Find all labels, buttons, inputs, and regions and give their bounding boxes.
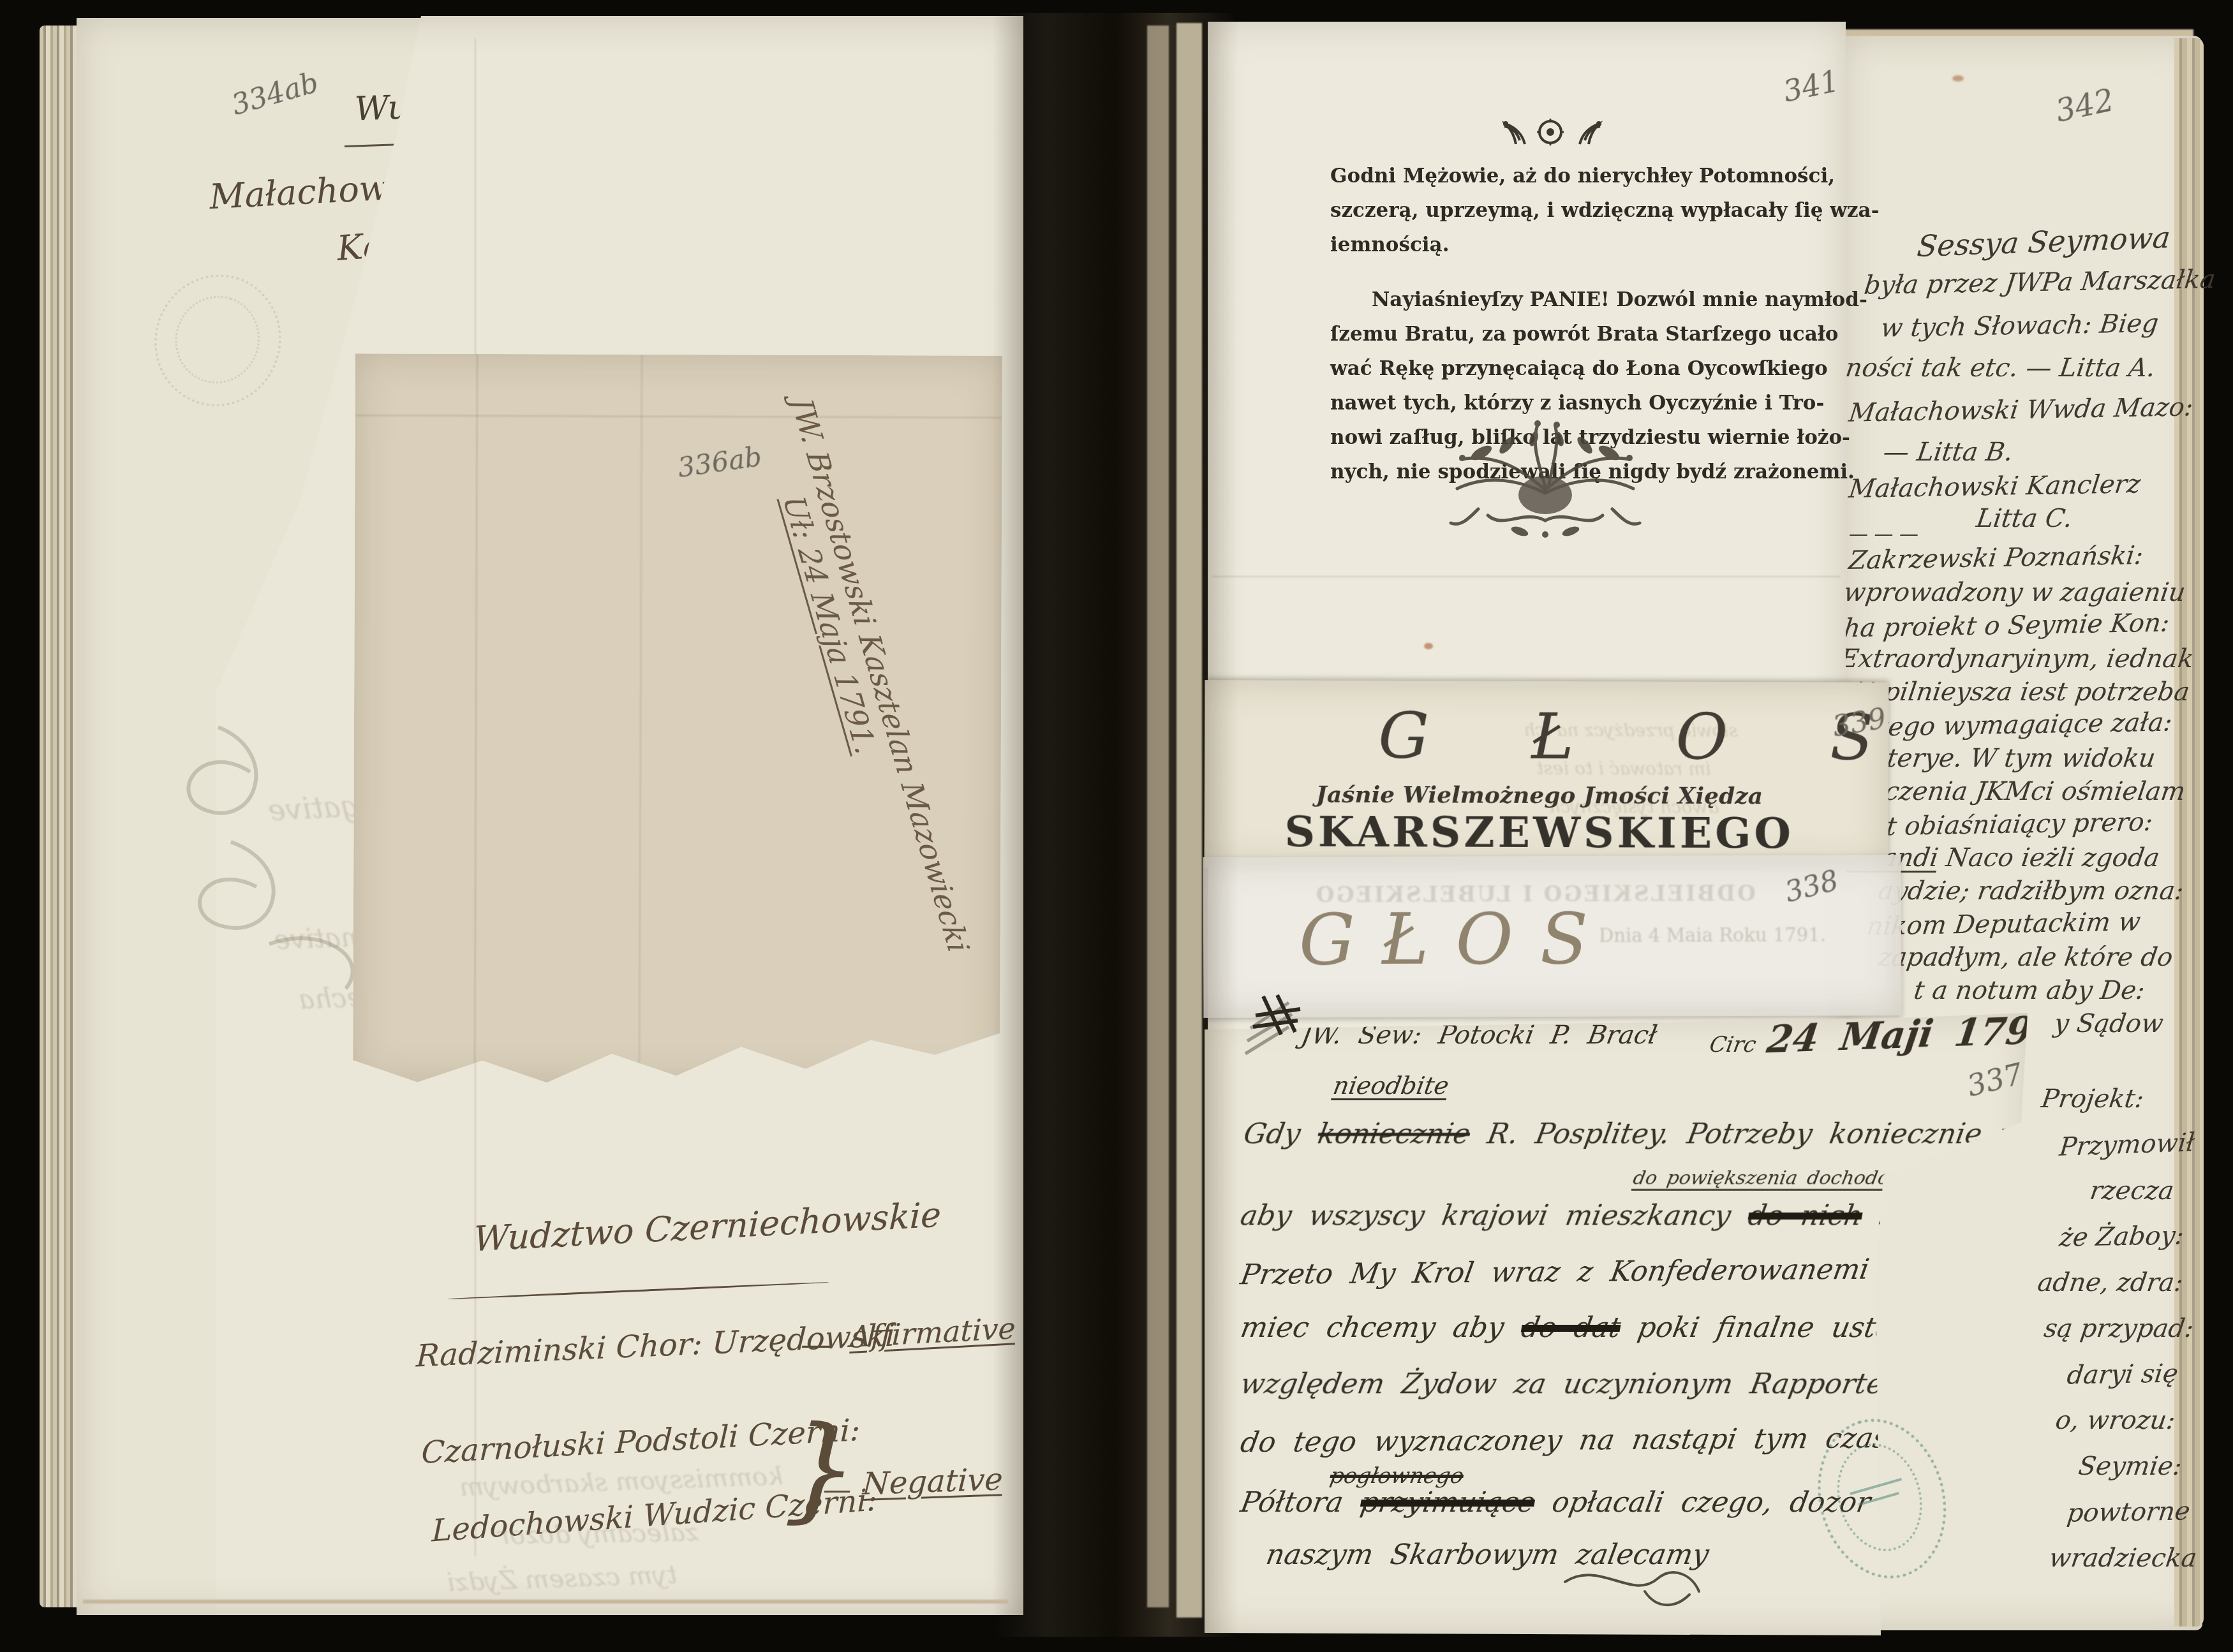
page-342-line: wprowadzony w zagaieniu: [1842, 578, 2188, 607]
page-342-line: daryi się: [2065, 1359, 2179, 1390]
ms337-struck-word: koniecznie: [1316, 1117, 1473, 1150]
ms337-text: Półtora: [1238, 1486, 1364, 1519]
printed-line: szczerą, uprzeymą, i wdzięczną wypłacały…: [1330, 199, 1781, 222]
ghost-bleedthrough-text: zalecamy dozor: [498, 1517, 699, 1550]
page-342-line: Przymowił: [2058, 1128, 2196, 1162]
page-342-line: Extraordynaryinym, iednak: [1838, 644, 2195, 674]
ms337-struck-word: do nich: [1746, 1199, 1865, 1232]
page-342-line: wradziecka: [2047, 1544, 2199, 1573]
page-342-line: powtorne: [2065, 1496, 2192, 1528]
page-342-line: — Litta B.: [1881, 438, 2015, 467]
printed-line: nawet tych, którzy z iasnych Oyczyźnie i…: [1330, 392, 1781, 415]
left-deckle-edges: [40, 26, 79, 1607]
page-342-line: zapadłym, ale które do: [1876, 943, 2175, 972]
glos-subtitle: Jaśnie Wielmożnego Jmości Xiędza: [1268, 781, 1811, 809]
page-342-line: Projekt:: [2040, 1084, 2146, 1114]
page-342-line: Zakrzewski Poznański:: [1847, 541, 2145, 575]
page-342-line: o, wrozu:: [2054, 1406, 2177, 1435]
vote-brace: }: [782, 1401, 860, 1537]
foxing-spot: [1952, 75, 1964, 82]
page-342-line: Litta C.: [1975, 504, 2074, 533]
printed-line: iemnością.: [1330, 233, 1450, 256]
gutter-page-edge: [1176, 23, 1202, 1618]
gutter-page-edge: [1147, 26, 1169, 1607]
page-342-line: y Sądow: [2052, 1009, 2165, 1038]
fragment-339: słowie przedżycz na ich im ratować i to …: [1204, 680, 1888, 870]
ms337-flourish-icon: [1562, 1556, 1702, 1614]
foxing-spot: [1424, 643, 1433, 649]
ghost-date-line: Dnia 4 Maia Roku 1791.: [1599, 924, 1826, 947]
page-342-line: Seymie:: [2077, 1452, 2184, 1481]
ghost-glos-showthrough: GŁOS: [1299, 898, 1615, 981]
page-342-line: Małachowski Wwda Mazo:: [1847, 392, 2195, 428]
printed-line: Nayiaśnieyſzy PANIE! Dozwól mnie naymłod…: [1372, 288, 1781, 311]
page-342-line: iekt obiaśniaiący prero:: [1846, 808, 2155, 842]
page-342-line: ha proiekt o Seymie Kon:: [1842, 608, 2171, 643]
skarszewskiego-name: SKARSZEWSKIEGO: [1268, 806, 1811, 858]
ms337-struck-word: do dat: [1518, 1311, 1623, 1344]
page-342-line: rzecza: [2088, 1176, 2176, 1206]
page-342-line: w tych Słowach: Bieg: [1879, 309, 2160, 343]
printed-line: ſzemu Bratu, za powrót Brata Starſzego u…: [1330, 323, 1781, 346]
fleuron-right-icon: [1576, 119, 1605, 148]
page-342-line: Małachowski Kanclerz: [1847, 469, 2142, 504]
ms337-interline-insert: pogłownego: [1328, 1463, 1465, 1489]
ms337-text: aby wszyscy krajowi mieszkancy: [1238, 1199, 1752, 1232]
hash-mark-icon: [1244, 990, 1314, 1086]
ms337-text: względem Żydow za uczynionym Rapportem.: [1238, 1368, 1940, 1400]
fleuron-left-icon: [1499, 119, 1529, 148]
ms337-text: miec chcemy aby: [1238, 1311, 1525, 1344]
page-342-line: nikom Deputackim w: [1865, 907, 2142, 941]
page-342-line: była przez JWPa Marszałka: [1862, 265, 2217, 300]
page-342-ratiandi-rest: Naco ieżli zgoda: [1936, 843, 2162, 873]
page-341-fold-crease: [1212, 576, 1841, 577]
page-342-line: adne, zdra:: [2036, 1268, 2185, 1297]
vote-dash: —: [823, 1473, 851, 1506]
page-342-line: ięczenia JKMci ośmielam: [1860, 777, 2188, 806]
printed-line: wać Rękę przynęcaiącą do Łona Oycowſkieg…: [1330, 357, 1781, 380]
folio-number-337: 337: [1964, 1056, 2026, 1103]
left-page-bottom-edge: [83, 1600, 1008, 1604]
page-342-line: ności tak etc. — Litta A.: [1844, 353, 2158, 383]
ms337-inserted-word: nieodbite: [1331, 1072, 1451, 1100]
archival-book-scan: 334ab Wu Małachowski Karski Skor Miku Ne…: [0, 0, 2233, 1652]
printed-line: Godni Mężowie, aż do nierychłey Potomnoś…: [1330, 165, 1781, 188]
vote-dash: —: [801, 1327, 831, 1362]
ms337-struck-word: przyimuiące: [1358, 1486, 1538, 1519]
vignette-woodcut-icon: [1443, 413, 1647, 547]
page-342-line: są przypad:: [2042, 1314, 2195, 1343]
page-342-line: t a notum aby De:: [1912, 976, 2147, 1005]
page-342-line: aydzie; radziłbym ozna:: [1876, 876, 2186, 906]
fleuron-center-icon: [1536, 117, 1564, 147]
vote-negative: Negative: [862, 1461, 1004, 1502]
page-342-line: — — —: [1849, 523, 1918, 545]
ms337-text: Gdy: [1242, 1117, 1321, 1150]
folio-number-338: 338: [1782, 864, 1842, 909]
ms337-circ: Circ: [1707, 1032, 1758, 1058]
page-342-line: że Żaboy:: [2058, 1221, 2186, 1253]
